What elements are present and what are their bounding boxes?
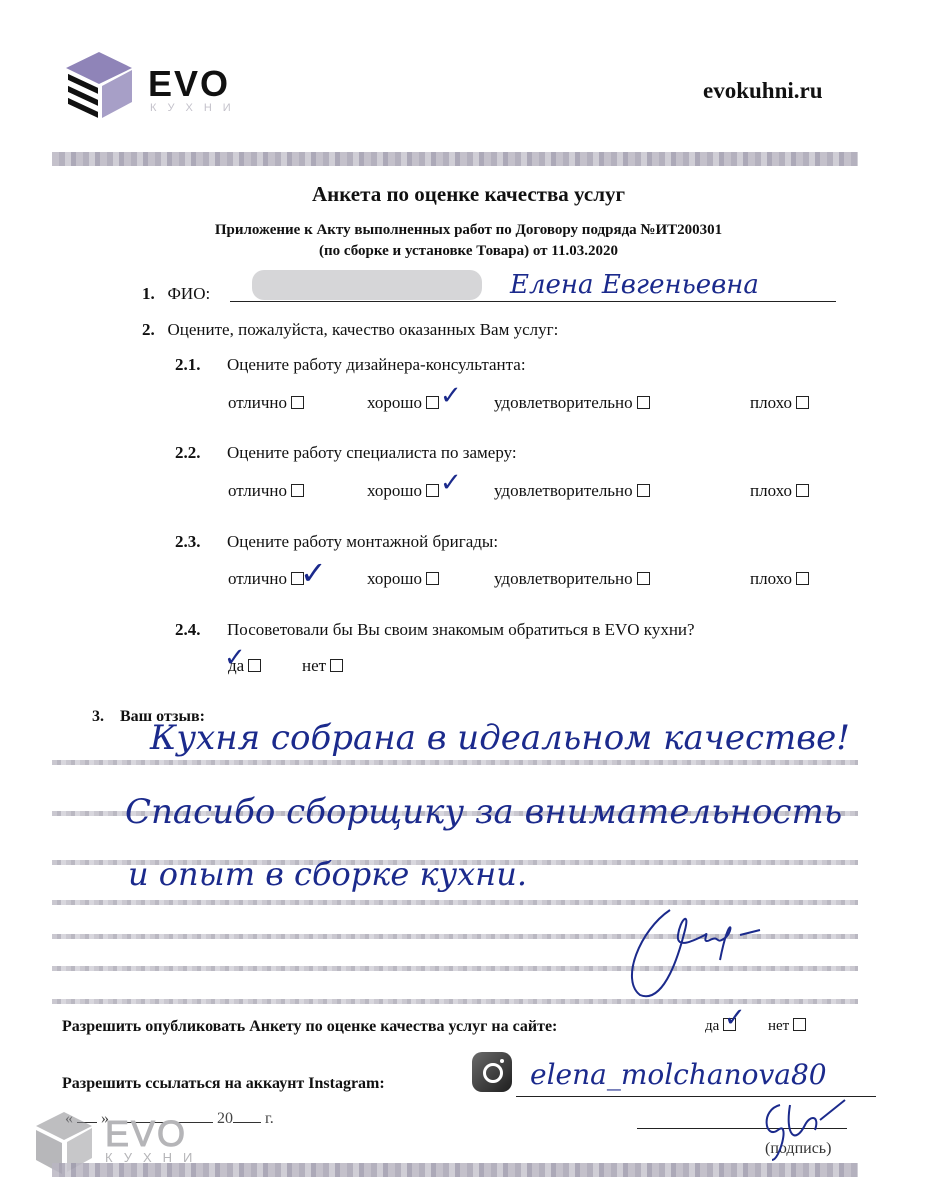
q23-option-satisfactory[interactable]: удовлетворительно [494,569,650,589]
checkbox[interactable] [796,572,809,585]
checkbox-checked[interactable] [426,396,439,409]
signature-icon [750,1085,860,1165]
q21-option-satisfactory[interactable]: удовлетворительно [494,393,650,413]
checkbox[interactable] [637,396,650,409]
q21-number: 2.1. [175,355,201,374]
q1-label: ФИО: [168,284,211,303]
review-line [52,760,858,765]
option-label: нет [302,656,326,675]
option-label: удовлетворительно [494,393,633,412]
q2-label: Оцените, пожалуйста, качество оказанных … [168,320,559,339]
q22-option-satisfactory[interactable]: удовлетворительно [494,481,650,501]
option-label: удовлетворительно [494,481,633,500]
checkbox[interactable] [793,1018,806,1031]
q3-number: 3. [92,708,104,725]
instagram-icon [472,1052,512,1092]
option-label: нет [768,1018,789,1034]
review-text-line-2[interactable]: Спасибо сборщику за внимательность [125,792,842,832]
option-label: хорошо [367,393,422,412]
checkbox[interactable] [796,396,809,409]
q2-number: 2. [142,320,155,339]
header-divider [52,152,858,166]
checkbox[interactable] [796,484,809,497]
checkbox-checked[interactable] [426,484,439,497]
q22-option-good[interactable]: хорошо [367,481,439,501]
q23-option-excellent[interactable]: отлично [228,569,304,589]
q22-option-poor[interactable]: плохо [750,481,809,501]
q23-option-good[interactable]: хорошо [367,569,439,589]
checkbox[interactable] [426,572,439,585]
q24-number: 2.4. [175,620,201,639]
q21-option-excellent[interactable]: отлично [228,393,304,413]
option-label: хорошо [367,481,422,500]
fio-field[interactable]: Елена Евгеньевна [510,270,759,300]
option-label: отлично [228,393,287,412]
check-mark-icon: ✓ [724,1005,746,1031]
redacted-name [252,270,482,300]
q21-option-good[interactable]: хорошо [367,393,439,413]
date-year-prefix: 20 [217,1110,233,1127]
check-mark-icon: ✓ [440,383,462,409]
form-subtitle-line2: (по сборке и установке Товара) от 11.03.… [0,243,937,260]
q24-heading: 2.4. Посоветовали бы Вы своим знакомым о… [175,620,695,640]
checkbox[interactable] [637,484,650,497]
logo-brand: EVO [148,63,230,105]
checkbox[interactable] [330,659,343,672]
checkbox[interactable] [291,396,304,409]
check-mark-icon: ✓ [224,645,246,671]
q2-row: 2. Оцените, пожалуйста, качество оказанн… [142,320,558,340]
q22-option-excellent[interactable]: отлично [228,481,304,501]
q1-number: 1. [142,284,155,303]
q24-label: Посоветовали бы Вы своим знакомым обрати… [227,620,695,639]
q21-option-poor[interactable]: плохо [750,393,809,413]
checkbox[interactable] [637,572,650,585]
q23-heading: 2.3. Оцените работу монтажной бригады: [175,532,498,552]
website-url: evokuhni.ru [703,78,823,104]
q21-heading: 2.1. Оцените работу дизайнера-консультан… [175,355,526,375]
option-label: отлично [228,569,287,588]
option-label: да [705,1018,719,1034]
date-year-suffix: г. [265,1110,274,1127]
watermark-brand: EVO [105,1113,187,1155]
review-text-line-1[interactable]: Кухня собрана в идеальном качестве! [150,718,850,758]
q24-option-no[interactable]: нет [302,656,343,676]
checkbox-checked[interactable] [248,659,261,672]
option-label: плохо [750,481,792,500]
evo-logo-cube-icon [64,50,134,120]
publish-option-no[interactable]: нет [768,1018,806,1035]
form-subtitle-line1: Приложение к Акту выполненных работ по Д… [0,222,937,239]
instagram-label: Разрешить ссылаться на аккаунт Instagram… [62,1075,385,1093]
option-label: хорошо [367,569,422,588]
signature-icon [610,890,790,1010]
q22-label: Оцените работу специалиста по замеру: [227,443,517,462]
check-mark-icon: ✓ [440,470,462,496]
check-mark-icon: ✓ [300,557,327,589]
footer-divider [52,1163,858,1177]
publish-label: Разрешить опубликовать Анкету по оценке … [62,1018,557,1036]
fio-field-underline [230,301,836,302]
q1-row: 1. ФИО: [142,284,210,304]
checkbox[interactable] [291,484,304,497]
q23-label: Оцените работу монтажной бригады: [227,532,498,551]
review-text-line-3[interactable]: и опыт в сборке кухни. [128,855,527,893]
option-label: плохо [750,393,792,412]
form-title: Анкета по оценке качества услуг [0,182,937,207]
option-label: отлично [228,481,287,500]
logo-subtitle: КУХНИ [150,102,242,114]
option-label: плохо [750,569,792,588]
q22-number: 2.2. [175,443,201,462]
option-label: удовлетворительно [494,569,633,588]
q23-option-poor[interactable]: плохо [750,569,809,589]
q23-number: 2.3. [175,532,201,551]
q22-heading: 2.2. Оцените работу специалиста по замер… [175,443,517,463]
q21-label: Оцените работу дизайнера-консультанта: [227,355,526,374]
